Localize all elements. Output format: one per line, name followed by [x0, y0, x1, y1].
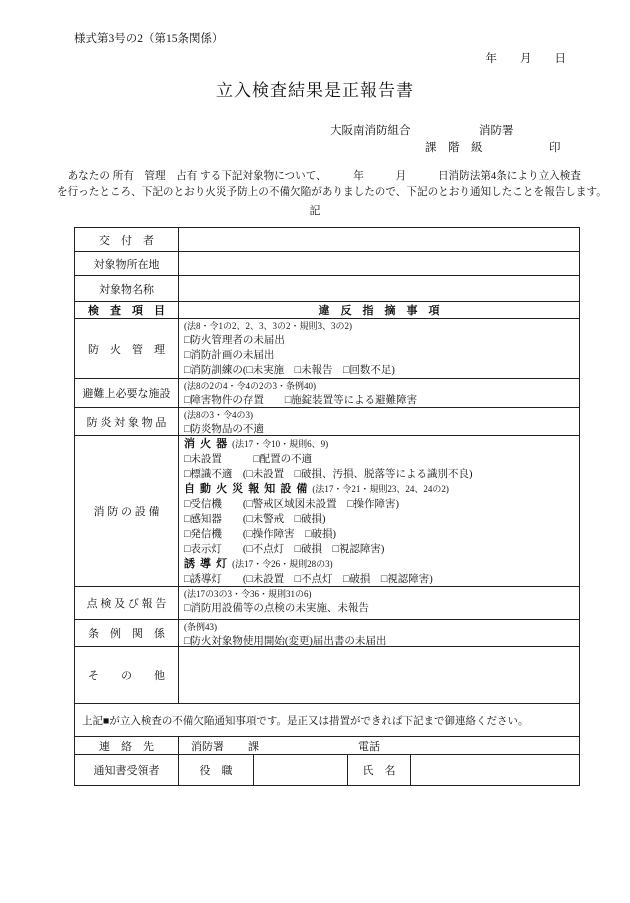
column-header-item: 検 査 項 目: [75, 302, 179, 318]
page-title: 立入検査結果是正報告書: [0, 76, 630, 101]
heading-text: 自 動 火 災 報 知 設 備: [184, 483, 308, 495]
heading-text: 消 火 器: [184, 438, 228, 450]
column-header-violations: 違 反 指 摘 事 項: [179, 302, 579, 318]
recipient-label: 通知書受領者: [75, 755, 179, 785]
law-reference: (法17・令10・規則6、9): [232, 439, 328, 449]
checkbox-line: □誘導灯 (□未設置 □不点灯 □破損 □視認障害): [184, 572, 574, 586]
contact-section-label: 課: [248, 738, 259, 754]
date-line: 年 月 日: [486, 50, 567, 66]
intro-line-2: を行ったところ、下記のとおり火災予防上の不備欠陥がありましたので、下記のとおり通…: [57, 185, 584, 201]
name-blank-field: [411, 755, 579, 785]
org-station-label: 消防署: [479, 122, 514, 138]
document-page: 様式第3号の2（第15条関係） 年 月 日 立入検査結果是正報告書 大阪南消防組…: [0, 0, 630, 903]
law-reference: (法8・令1の2、2、3、3の2・規則3、3の2): [184, 320, 574, 333]
row-label: 消 防 の 設 備: [75, 436, 179, 586]
table-row-fire-equipment: 消 防 の 設 備 消 火 器(法17・令10・規則6、9) □未設置 □配置の…: [75, 436, 579, 587]
checkbox-line: □障害物件の存置 □施錠装置等による避難障害: [184, 393, 574, 407]
checkbox-line: □消防計画の未届出: [184, 348, 574, 363]
checkbox-line: □受信機 (□警戒区域図未設置 □操作障害): [184, 497, 574, 512]
table-header-row: 検 査 項 目 違 反 指 摘 事 項: [75, 302, 579, 319]
main-table: 交 付 者 対象物所在地 対象物名称 検 査 項 目 違 反 指 摘 事 項 防…: [74, 227, 580, 786]
equipment-heading-guide-light: 誘 導 灯(法17・令26・規則28の3): [184, 557, 574, 572]
row-label: 防 火 管 理: [75, 319, 179, 378]
table-row-recipient: 通知書受領者 役 職 氏 名: [75, 755, 579, 785]
checkbox-line: □防火管理者の未届出: [184, 333, 574, 348]
row-content: 消 火 器(法17・令10・規則6、9) □未設置 □配置の不適 □標識不適 (…: [179, 436, 579, 586]
table-row-property-name: 対象物名称: [75, 276, 579, 302]
row-label: 対象物所在地: [75, 252, 179, 275]
table-row-evacuation-facilities: 避難上必要な施設 (法8の2の4・令4の2の3・条例40) □障害物件の存置 □…: [75, 379, 579, 408]
row-content: (法8・令1の2、2、3、3の2・規則3、3の2) □防火管理者の未届出 □消防…: [179, 319, 579, 378]
law-reference: (条例43): [184, 621, 574, 634]
intro-line-1: あなたの 所有 管理 占有 する下記対象物について、 年 月 日消防法第4条によ…: [57, 169, 584, 185]
other-blank-field: [179, 647, 579, 703]
checkbox-line: □標識不適 (□未設置 □破損、汚損、脱落等による識別不良): [184, 467, 574, 482]
row-content: (法8の3・令4の3) □防炎物品の不適: [179, 408, 579, 435]
table-row-property-address: 対象物所在地: [75, 252, 579, 276]
law-reference: (法17・令21・規則23、24、24の2): [312, 484, 449, 494]
law-reference: (法17の3の3・令36・規則31の6): [184, 588, 574, 601]
contact-label: 連 絡 先: [75, 737, 179, 754]
table-row-issuer: 交 付 者: [75, 228, 579, 252]
role-label: 役 職: [179, 755, 254, 785]
table-row-flameproof-items: 防 炎 対 象 物 品 (法8の3・令4の3) □防炎物品の不適: [75, 408, 579, 436]
checkbox-line: □表示灯 (□不点灯 □破損 □視認障害): [184, 542, 574, 557]
table-row-contact: 連 絡 先 消防署 課 電話: [75, 737, 579, 755]
role-blank-field: [254, 755, 348, 785]
form-number: 様式第3号の2（第15条関係）: [74, 30, 224, 46]
address-blank-field: [179, 252, 579, 275]
checkbox-line: □発信機 (□操作障害 □破損): [184, 527, 574, 542]
row-label: 防 炎 対 象 物 品: [75, 408, 179, 435]
name-label: 氏 名: [348, 755, 411, 785]
note-text: 上記■が立入検査の不備欠陥通知事項です。是正又は措置ができれば下記まで御連絡くだ…: [75, 704, 579, 736]
checkbox-line: □防火対象物使用開始(変更)届出書の未届出: [184, 634, 574, 646]
intro-paragraph: あなたの 所有 管理 占有 する下記対象物について、 年 月 日消防法第4条によ…: [57, 169, 584, 200]
law-reference: (法8の2の4・令4の2の3・条例40): [184, 380, 574, 393]
contact-station-label: 消防署: [191, 738, 224, 754]
table-row-inspection-report: 点 検 及 び 報 告 (法17の3の3・令36・規則31の6) □消防用設備等…: [75, 587, 579, 620]
org-union-name: 大阪南消防組合: [330, 122, 411, 138]
law-reference: (法8の3・令4の3): [184, 409, 574, 422]
row-label: 交 付 者: [75, 228, 179, 251]
contact-content: 消防署 課 電話: [179, 737, 579, 754]
checkbox-line: □感知器 (□未警戒 □破損): [184, 512, 574, 527]
row-label: 対象物名称: [75, 276, 179, 301]
ki-marker: 記: [0, 202, 630, 218]
row-content: (法17の3の3・令36・規則31の6) □消防用設備等の点検の未実施、未報告: [179, 587, 579, 619]
issuer-blank-field: [179, 228, 579, 251]
table-row-other: そ の 他: [75, 647, 579, 704]
row-content: (条例43) □防火対象物使用開始(変更)届出書の未届出: [179, 620, 579, 646]
org-rank-line: 課 階 級: [425, 139, 483, 155]
checkbox-line: □防炎物品の不適: [184, 422, 574, 435]
name-blank-field: [179, 276, 579, 301]
table-row-fire-management: 防 火 管 理 (法8・令1の2、2、3、3の2・規則3、3の2) □防火管理者…: [75, 319, 579, 379]
row-label: 点 検 及 び 報 告: [75, 587, 179, 619]
checkbox-line: □未設置 □配置の不適: [184, 452, 574, 467]
checkbox-line: □消防訓練の(□未実施 □未報告 □回数不足): [184, 363, 574, 378]
seal-label: 印: [549, 139, 561, 155]
checkbox-line: □消防用設備等の点検の未実施、未報告: [184, 601, 574, 616]
law-reference: (法17・令26・規則28の3): [232, 559, 333, 569]
heading-text: 誘 導 灯: [184, 558, 228, 570]
equipment-heading-fire-alarm: 自 動 火 災 報 知 設 備(法17・令21・規則23、24、24の2): [184, 482, 574, 497]
table-row-note: 上記■が立入検査の不備欠陥通知事項です。是正又は措置ができれば下記まで御連絡くだ…: [75, 704, 579, 737]
row-label: 条 例 関 係: [75, 620, 179, 646]
table-row-ordinance: 条 例 関 係 (条例43) □防火対象物使用開始(変更)届出書の未届出: [75, 620, 579, 647]
equipment-heading-extinguisher: 消 火 器(法17・令10・規則6、9): [184, 437, 574, 452]
row-label: そ の 他: [75, 647, 179, 703]
row-label: 避難上必要な施設: [75, 379, 179, 407]
row-content: (法8の2の4・令4の2の3・条例40) □障害物件の存置 □施錠装置等による避…: [179, 379, 579, 407]
contact-phone-label: 電話: [358, 738, 380, 754]
